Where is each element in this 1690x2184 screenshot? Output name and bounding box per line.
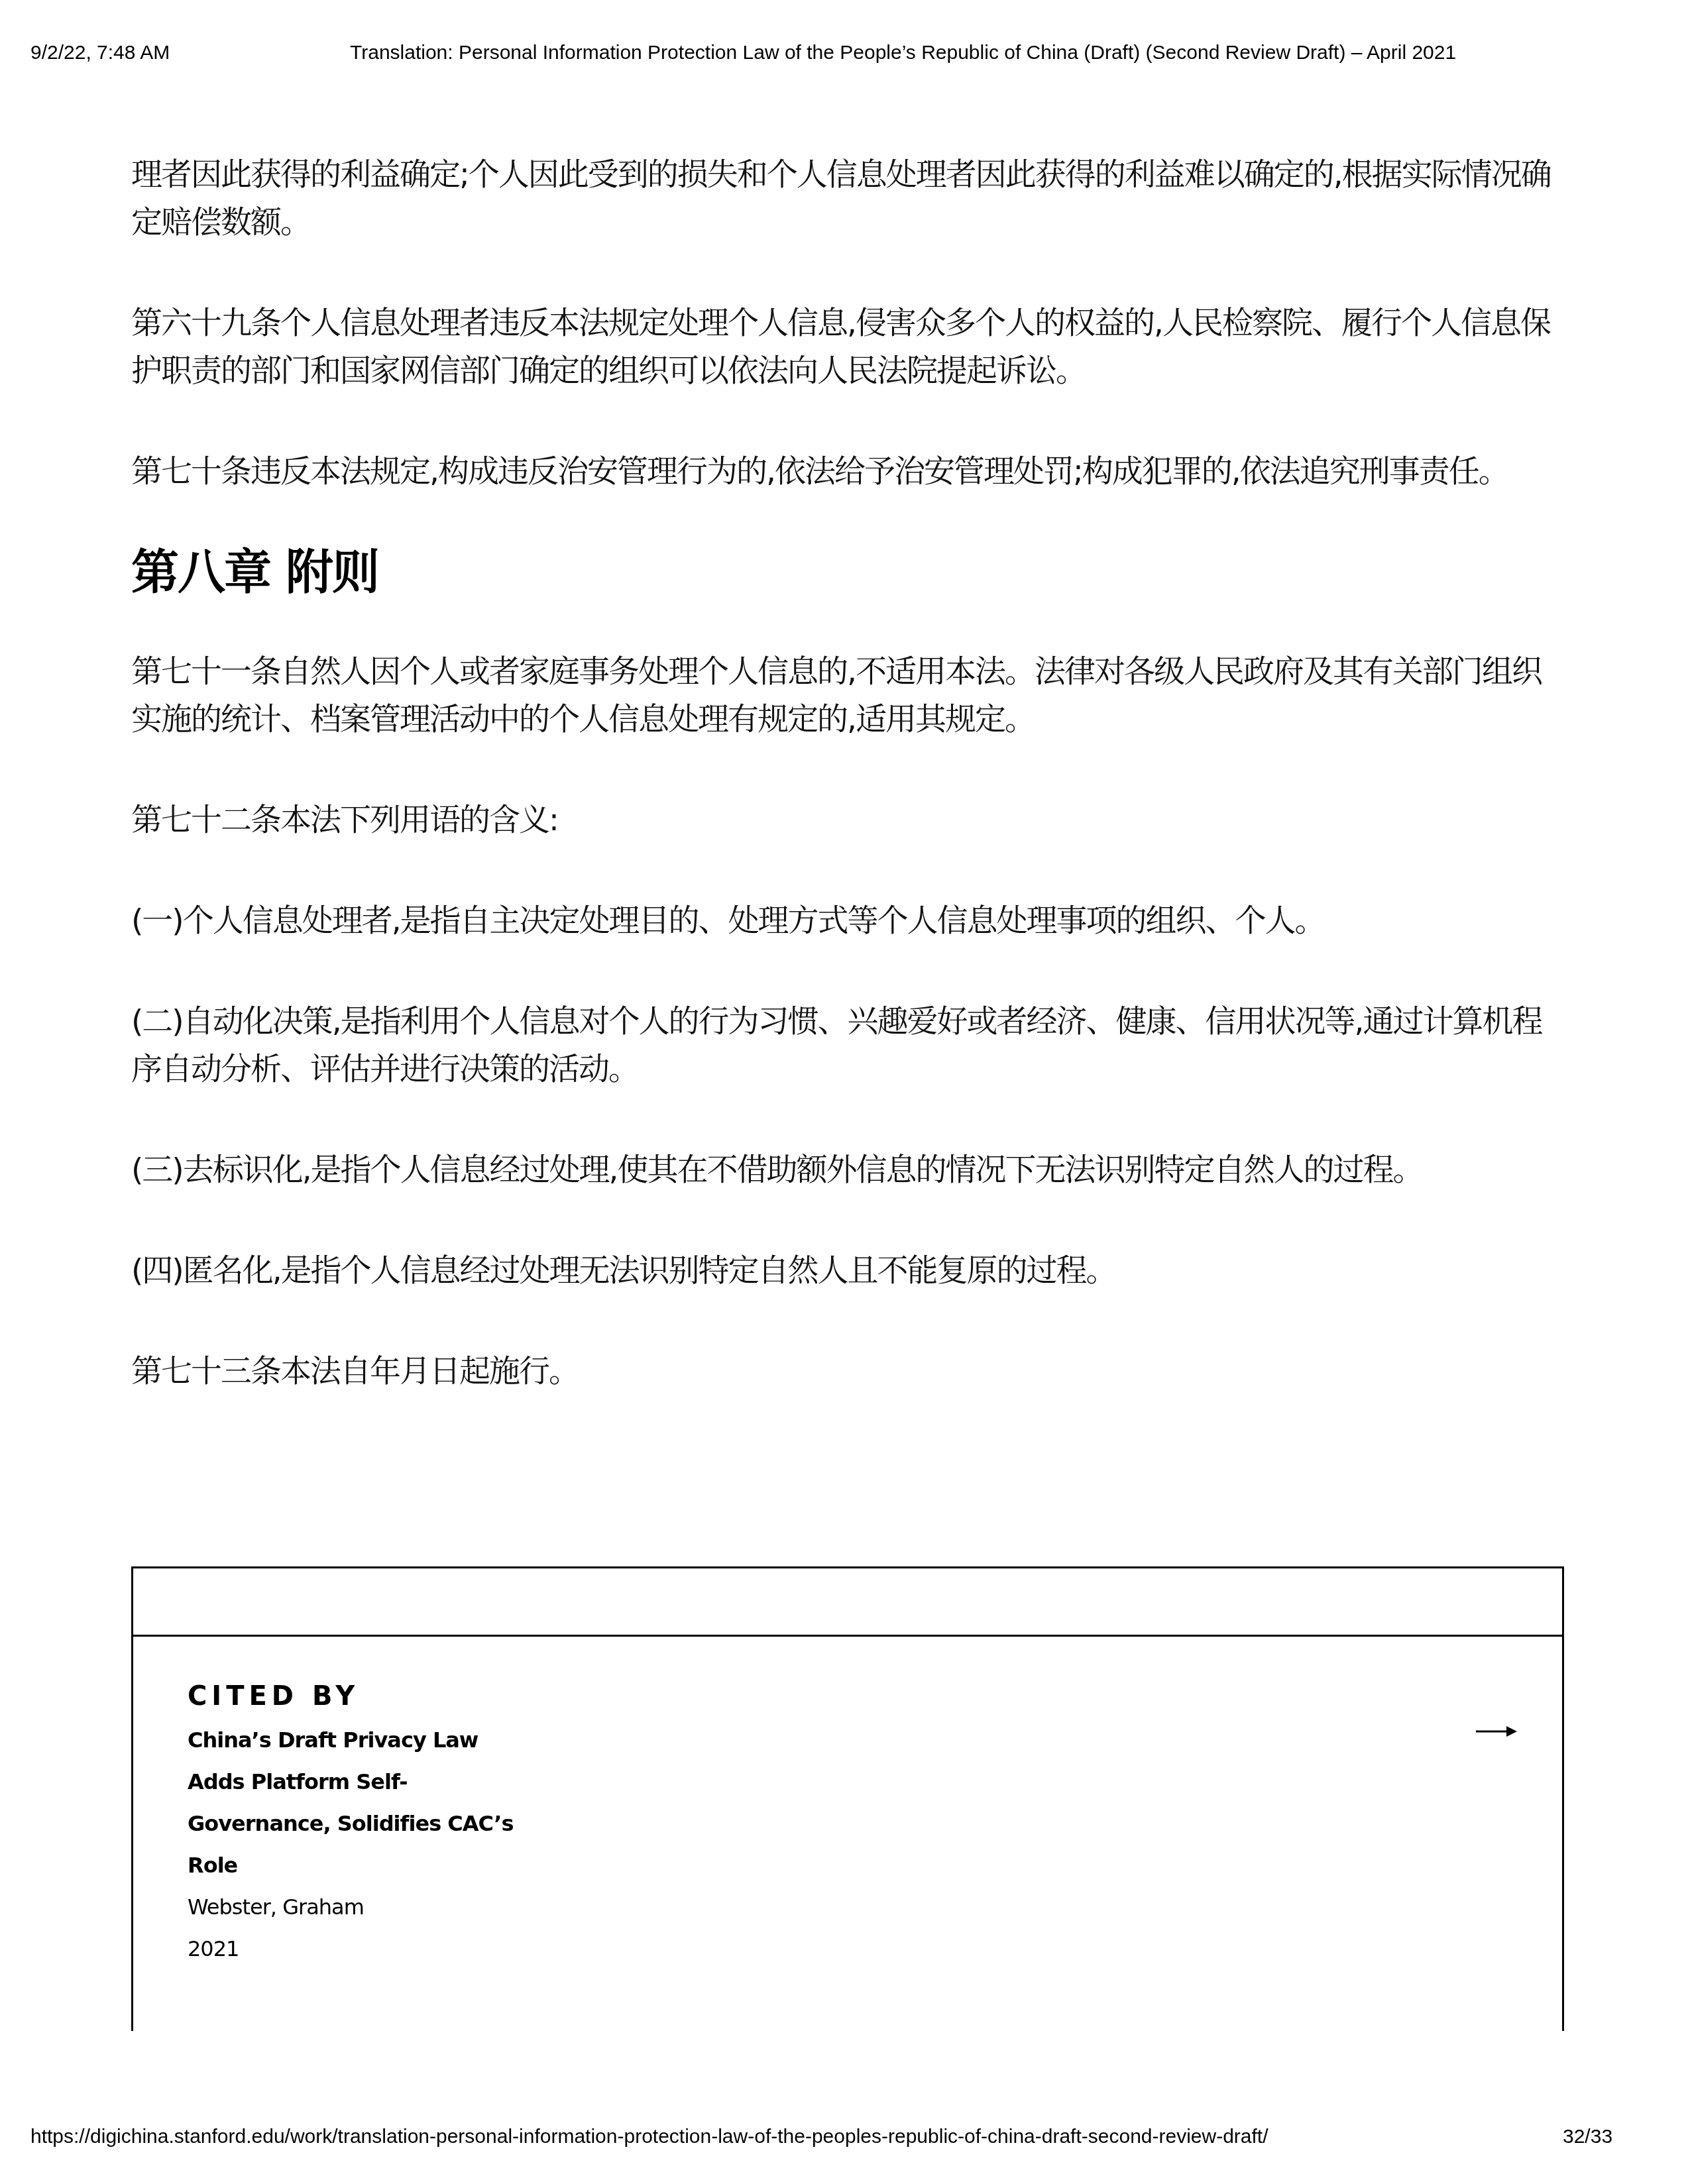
print-url: https://digichina.stanford.edu/work/tran… [30, 2124, 1268, 2150]
cited-by-item[interactable]: China’s Draft Privacy Law Adds Platform … [188, 1720, 1513, 1971]
article-paragraph: 第七十一条自然人因个人或者家庭事务处理个人信息的,不适用本法。法律对各级人民政府… [131, 648, 1563, 743]
definition-paragraph: (二)自动化决策,是指利用个人信息对个人的行为习惯、兴趣爱好或者经济、健康、信用… [131, 998, 1563, 1093]
chapter-heading: 第八章 附则 [131, 542, 1563, 602]
article-paragraph: 第七十条违反本法规定,构成违反治安管理行为的,依法给予治安管理处罚;构成犯罪的,… [131, 448, 1563, 496]
definition-paragraph: (一)个人信息处理者,是指自主决定处理目的、处理方式等个人信息处理事项的组织、个… [131, 897, 1563, 945]
article-paragraph: 第七十二条本法下列用语的含义: [131, 796, 1563, 844]
print-datetime: 9/2/22, 7:48 AM [30, 40, 170, 66]
cited-by-label: CITED BY [188, 1680, 359, 1713]
article-paragraph: 理者因此获得的利益确定;个人因此受到的损失和个人信息处理者因此获得的利益难以确定… [131, 151, 1563, 246]
cited-by-panel: CITED BY China’s Draft Privacy Law Adds … [131, 1566, 1564, 2031]
cited-item-title[interactable]: China’s Draft Privacy Law Adds Platform … [188, 1720, 519, 1886]
article-body: 理者因此获得的利益确定;个人因此受到的损失和个人信息处理者因此获得的利益难以确定… [131, 151, 1563, 1448]
print-footer: https://digichina.stanford.edu/work/tran… [0, 2124, 1690, 2150]
print-page-title: Translation: Personal Information Protec… [350, 40, 1456, 66]
panel-divider [133, 1635, 1562, 1637]
cited-item-author: Webster, Graham [188, 1886, 1513, 1928]
print-header: 9/2/22, 7:48 AM Translation: Personal In… [0, 40, 1690, 66]
arrow-right-icon[interactable] [1476, 1725, 1518, 1738]
article-paragraph: 第六十九条个人信息处理者违反本法规定处理个人信息,侵害众多个人的权益的,人民检察… [131, 300, 1563, 395]
page-number: 32/33 [1563, 2124, 1612, 2150]
article-paragraph: 第七十三条本法自年月日起施行。 [131, 1348, 1563, 1395]
definition-paragraph: (四)匿名化,是指个人信息经过处理无法识别特定自然人且不能复原的过程。 [131, 1247, 1563, 1295]
definition-paragraph: (三)去标识化,是指个人信息经过处理,使其在不借助额外信息的情况下无法识别特定自… [131, 1146, 1563, 1194]
cited-item-year: 2021 [188, 1928, 1513, 1970]
